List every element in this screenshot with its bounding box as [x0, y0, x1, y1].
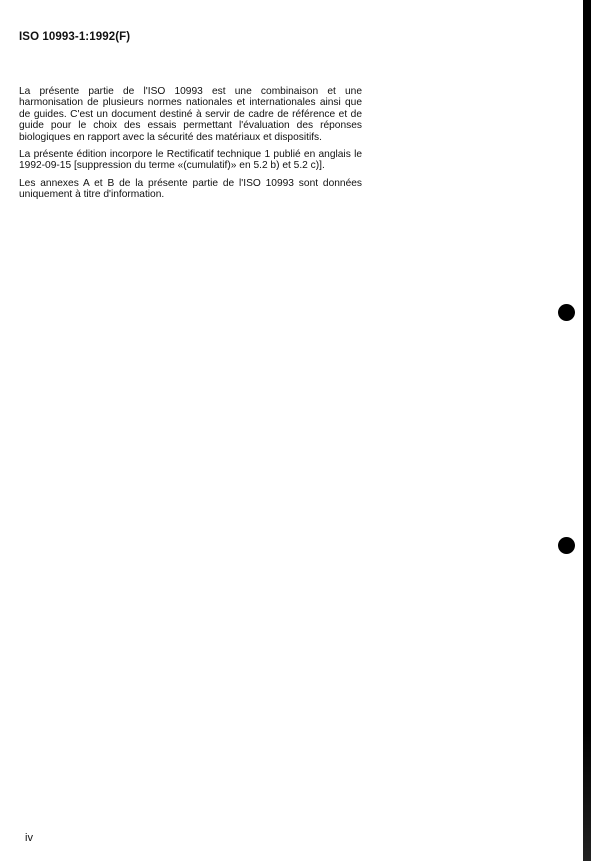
scan-edge-bar: [583, 0, 591, 861]
punch-hole-icon: [558, 304, 575, 321]
page-number: iv: [25, 832, 33, 844]
punch-hole-icon: [558, 537, 575, 554]
paragraph-annexes: Les annexes A et B de la présente partie…: [19, 178, 362, 201]
document-header: ISO 10993-1:1992(F): [19, 31, 130, 43]
standard-identifier: ISO 10993-1:1992(F): [19, 31, 130, 43]
paragraph-scope: La présente partie de l'ISO 10993 est un…: [19, 86, 362, 143]
paragraph-corrigendum: La présente édition incorpore le Rectifi…: [19, 149, 362, 172]
document-body: La présente partie de l'ISO 10993 est un…: [19, 86, 362, 207]
